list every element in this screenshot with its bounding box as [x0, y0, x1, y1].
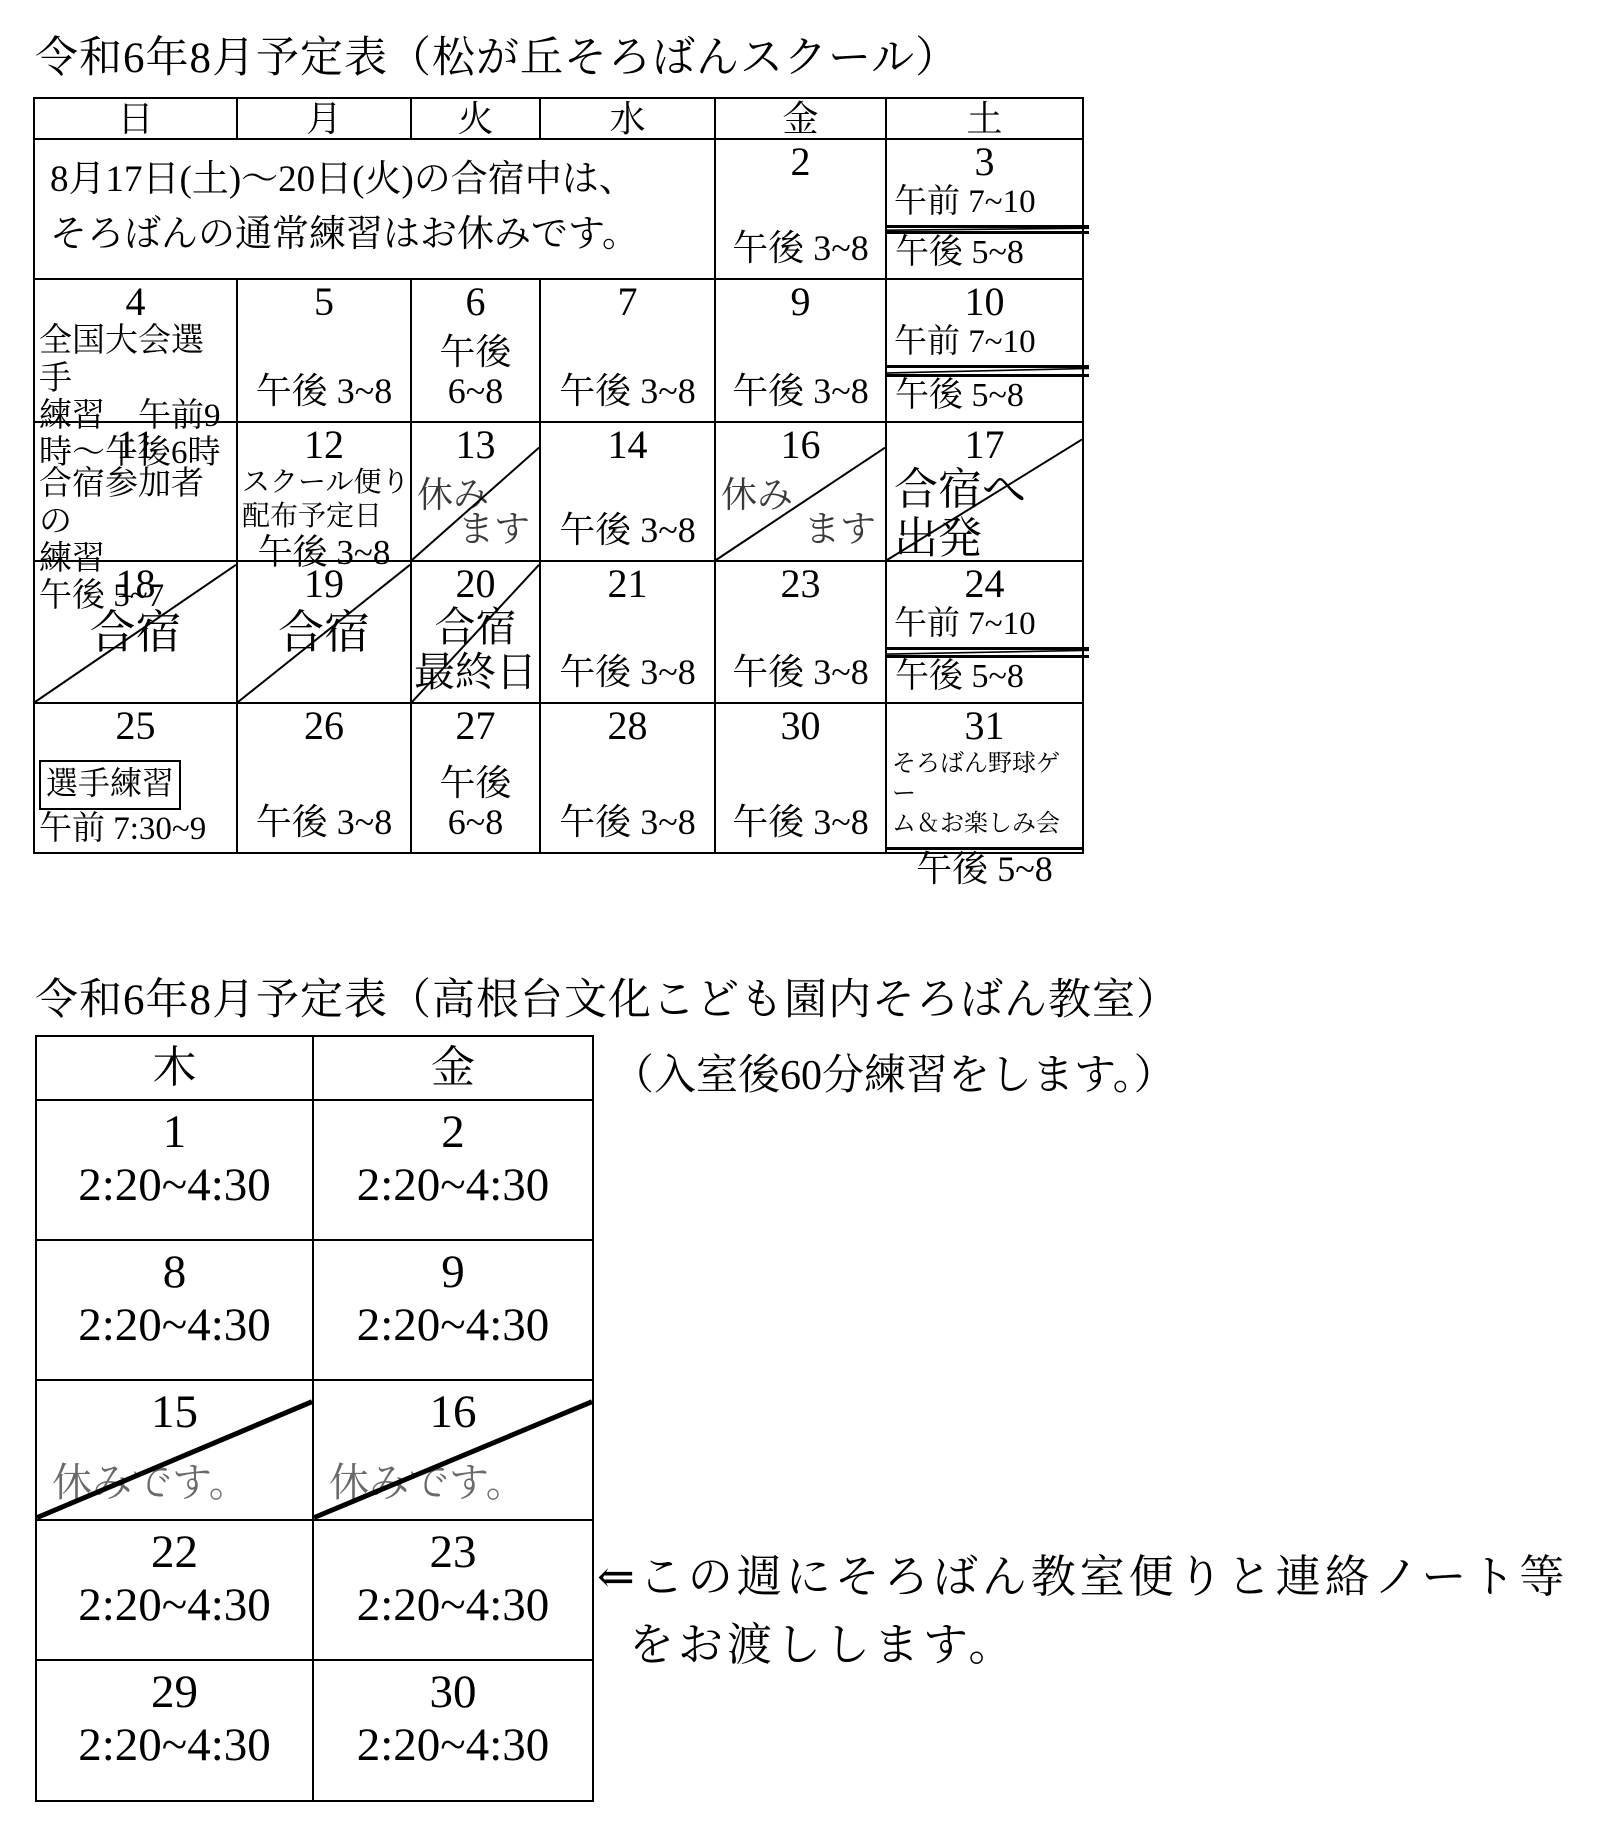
notice-line-1: 8月17日(土)～20日(火)の合宿中は、 [50, 153, 636, 208]
day-cell-29: 29 2:20~4:30 [37, 1661, 314, 1802]
time-label: 午後 6~8 [439, 333, 511, 412]
day-number: 31 [965, 705, 1005, 747]
note-line: 合宿参加者の [39, 466, 236, 541]
label-line: 合宿 [414, 605, 537, 650]
time-label: 2:20~4:30 [357, 1300, 550, 1352]
day-number: 5 [314, 281, 334, 323]
day-cell-30: 30 午後 3~8 [716, 704, 887, 854]
day-cell-28: 28 午後 3~8 [541, 704, 716, 854]
day-cell-16: 16 休みです。 [314, 1381, 594, 1521]
day-number: 3 [975, 141, 995, 183]
day-number: 20 [456, 563, 496, 605]
day-number: 16 [781, 424, 821, 466]
day-number: 12 [304, 424, 344, 466]
day-number: 6 [466, 281, 486, 323]
newsletter-note: スクール便り 配布予定日 [238, 466, 409, 533]
day-number: 28 [608, 705, 648, 747]
time-line: 午後 [439, 333, 511, 373]
morning-time-label: 午前 7~10 [887, 605, 1089, 650]
time-label: 午前 7:30~9 [35, 811, 206, 847]
day-cell-2: 2 午後 3~8 [716, 140, 887, 280]
day-cell-6: 6 午後 6~8 [412, 280, 541, 423]
camp-notice-cell: 8月17日(土)～20日(火)の合宿中は、 そろばんの通常練習はお休みです。 [35, 140, 716, 280]
day-number: 24 [965, 563, 1005, 605]
time-label: 午後 3~8 [256, 372, 392, 412]
day-cell-15: 15 休みです。 [37, 1381, 314, 1521]
closed-label: 休みです。 [37, 1451, 249, 1508]
morning-time-label: 午前 7~10 [887, 323, 1089, 368]
school2-calendar: 木 金 1 2:20~4:30 2 2:20~4:30 8 2:20~4:30 … [35, 1035, 594, 1802]
morning-time-label: 午前 7~10 [887, 183, 1089, 228]
crossed-band [887, 650, 1089, 657]
day-number: 9 [791, 281, 811, 323]
note-line: スクール便り [242, 466, 409, 500]
day-cell-9: 9 2:20~4:30 [314, 1241, 594, 1381]
day-number: 19 [304, 563, 344, 605]
day-number: 1 [163, 1106, 187, 1159]
day-number: 25 [116, 705, 156, 747]
day-number: 2 [441, 1106, 465, 1159]
note-line: 全国大会選手 [39, 323, 236, 398]
practice-duration-note: （入室後60分練習をします。） [612, 1042, 1176, 1102]
strike-line [887, 650, 1089, 654]
handout-note-line-2: をお渡しします。 [629, 1611, 1568, 1679]
camp-departure-label: 合宿へ 出発 [887, 466, 1026, 563]
closed-label: 休みです。 [314, 1451, 526, 1508]
day-cell-27: 27 午後 6~8 [412, 704, 541, 854]
day-cell-10: 10 午前 7~10 午後 5~8 [887, 280, 1084, 423]
notice-line-2: そろばんの通常練習はお休みです。 [50, 208, 639, 263]
weekday-header-sat: 土 [887, 99, 1084, 140]
day-cell-23: 23 午後 3~8 [716, 562, 887, 704]
day-number: 17 [965, 424, 1005, 466]
time-label: 2:20~4:30 [78, 1160, 271, 1212]
weekday-header-mon: 月 [238, 99, 412, 140]
day-cell-3: 3 午前 7~10 午後 5~8 [887, 140, 1084, 280]
handout-week-note: ⇐この週にそろばん教室便りと連絡ノート等 をお渡しします。 [597, 1543, 1568, 1680]
time-label: 2:20~4:30 [357, 1720, 550, 1772]
player-practice-boxed-label: 選手練習 [39, 760, 181, 809]
day-number: 26 [304, 705, 344, 747]
day-cell-18: 18 合宿 [35, 562, 238, 704]
school1-calendar: 日 月 火 水 金 土 8月17日(土)～20日(火)の合宿中は、 そろばんの通… [33, 97, 1084, 854]
day-cell-2: 2 2:20~4:30 [314, 1101, 594, 1241]
strike-line [887, 368, 1089, 373]
day-number: 15 [151, 1386, 198, 1439]
day-cell-24: 24 午前 7~10 午後 5~8 [887, 562, 1084, 704]
time-label: 2:20~4:30 [357, 1160, 550, 1212]
time-label: 2:20~4:30 [78, 1300, 271, 1352]
time-label: 午後 3~8 [732, 372, 868, 412]
note-line: そろばん野球ゲー [892, 749, 1080, 809]
table2-title: 令和6年8月予定表（高根台文化こども園内そろばん教室） [35, 966, 1180, 1027]
day-cell-9: 9 午後 3~8 [716, 280, 887, 423]
time-label: 2:20~4:30 [78, 1580, 271, 1632]
time-line: 6~8 [439, 372, 511, 412]
time-label: 午後 3~8 [732, 803, 868, 843]
weekday-header-wed: 水 [541, 99, 716, 140]
day-cell-17: 17 合宿へ 出発 [887, 423, 1084, 562]
day-cell-11: 11 合宿参加者の 練習 午後 5~7 [35, 423, 238, 562]
table1-title: 令和6年8月予定表（松が丘そろばんスクール） [35, 24, 959, 85]
time-label: 午後 3~8 [559, 653, 695, 693]
time-line: 午後 [439, 764, 511, 804]
day-cell-8: 8 2:20~4:30 [37, 1241, 314, 1381]
day-cell-26: 26 午後 3~8 [238, 704, 412, 854]
time-label: 午後 3~8 [559, 511, 695, 551]
day-number: 11 [116, 424, 155, 466]
time-label: 午後 3~8 [559, 803, 695, 843]
day-cell-23: 23 2:20~4:30 [314, 1521, 594, 1661]
time-label: 午後 5~8 [916, 850, 1052, 890]
day-cell-12: 12 スクール便り 配布予定日 午後 3~8 [238, 423, 412, 562]
time-label: 午後 3~8 [732, 653, 868, 693]
day-number: 4 [126, 281, 146, 323]
day-cell-31: 31 そろばん野球ゲー ム＆お楽しみ会 午後 5~8 [887, 704, 1084, 854]
day-cell-7: 7 午後 3~8 [541, 280, 716, 423]
weekday-header-tue: 火 [412, 99, 541, 140]
note-line: 配布予定日 [242, 500, 409, 534]
note-line: ム＆お楽しみ会 [892, 809, 1080, 839]
time-label: 2:20~4:30 [78, 1720, 271, 1772]
day-cell-4: 4 全国大会選手 練習 午前9 時～午後6時 [35, 280, 238, 423]
time-label: 午後 3~8 [256, 803, 392, 843]
day-cell-13: 13 休み ます [412, 423, 541, 562]
schedule-document: 令和6年8月予定表（松が丘そろばんスクール） 日 月 火 水 金 土 8月17日… [0, 0, 1619, 1823]
label-line: 出発 [894, 515, 1026, 563]
day-number: 30 [781, 705, 821, 747]
day-number: 10 [965, 281, 1005, 323]
day-number: 30 [430, 1666, 477, 1719]
day-cell-14: 14 午後 3~8 [541, 423, 716, 562]
day-number: 16 [430, 1386, 477, 1439]
day-cell-16: 16 休み ます [716, 423, 887, 562]
camp-label: 合宿 [90, 609, 182, 657]
camp-final-day-label: 合宿 最終日 [414, 605, 537, 695]
day-number: 8 [163, 1246, 187, 1299]
handout-note-line-1: ⇐この週にそろばん教室便りと連絡ノート等 [597, 1543, 1568, 1611]
day-number: 27 [456, 705, 496, 747]
day-number: 23 [781, 563, 821, 605]
weekday-header-fri: 金 [716, 99, 887, 140]
day-number: 13 [456, 424, 496, 466]
weekday-header-sun: 日 [35, 99, 238, 140]
day-number: 22 [151, 1526, 198, 1579]
day-number: 9 [441, 1246, 465, 1299]
day-number: 23 [430, 1526, 477, 1579]
time-label: 午後 3~8 [732, 229, 868, 269]
time-label: 午後 6~8 [439, 764, 511, 843]
crossed-band [887, 228, 1089, 233]
weekday-header-thu: 木 [37, 1037, 314, 1101]
day-cell-30: 30 2:20~4:30 [314, 1661, 594, 1802]
closed-label: 休み [721, 467, 793, 518]
baseball-game-event-label: そろばん野球ゲー ム＆お楽しみ会 [887, 747, 1082, 850]
day-cell-19: 19 合宿 [238, 562, 412, 704]
closed-label: ます [804, 501, 876, 552]
closed-label: ます [458, 501, 530, 552]
day-number: 7 [618, 281, 638, 323]
camp-label: 合宿 [278, 609, 370, 657]
day-number: 29 [151, 1666, 198, 1719]
weekday-header-fri: 金 [314, 1037, 594, 1101]
day-cell-22: 22 2:20~4:30 [37, 1521, 314, 1661]
time-label: 午後 3~8 [559, 372, 695, 412]
crossed-band [887, 368, 1089, 376]
evening-time-label: 午後 5~8 [887, 377, 1024, 414]
day-cell-20: 20 合宿 最終日 [412, 562, 541, 704]
day-cell-5: 5 午後 3~8 [238, 280, 412, 423]
evening-time-label: 午後 5~8 [887, 658, 1024, 695]
day-number: 14 [608, 424, 648, 466]
day-number: 21 [608, 563, 648, 605]
day-cell-21: 21 午後 3~8 [541, 562, 716, 704]
evening-time-label: 午後 5~8 [887, 234, 1024, 271]
day-number: 2 [791, 141, 811, 183]
time-label: 2:20~4:30 [357, 1580, 550, 1632]
label-line: 最終日 [414, 650, 537, 695]
strike-line [887, 228, 1089, 230]
label-line: 合宿へ [894, 466, 1026, 514]
time-line: 6~8 [439, 803, 511, 843]
day-cell-1: 1 2:20~4:30 [37, 1101, 314, 1241]
day-cell-25: 25 選手練習 午前 7:30~9 [35, 704, 238, 854]
day-number: 18 [116, 563, 156, 605]
